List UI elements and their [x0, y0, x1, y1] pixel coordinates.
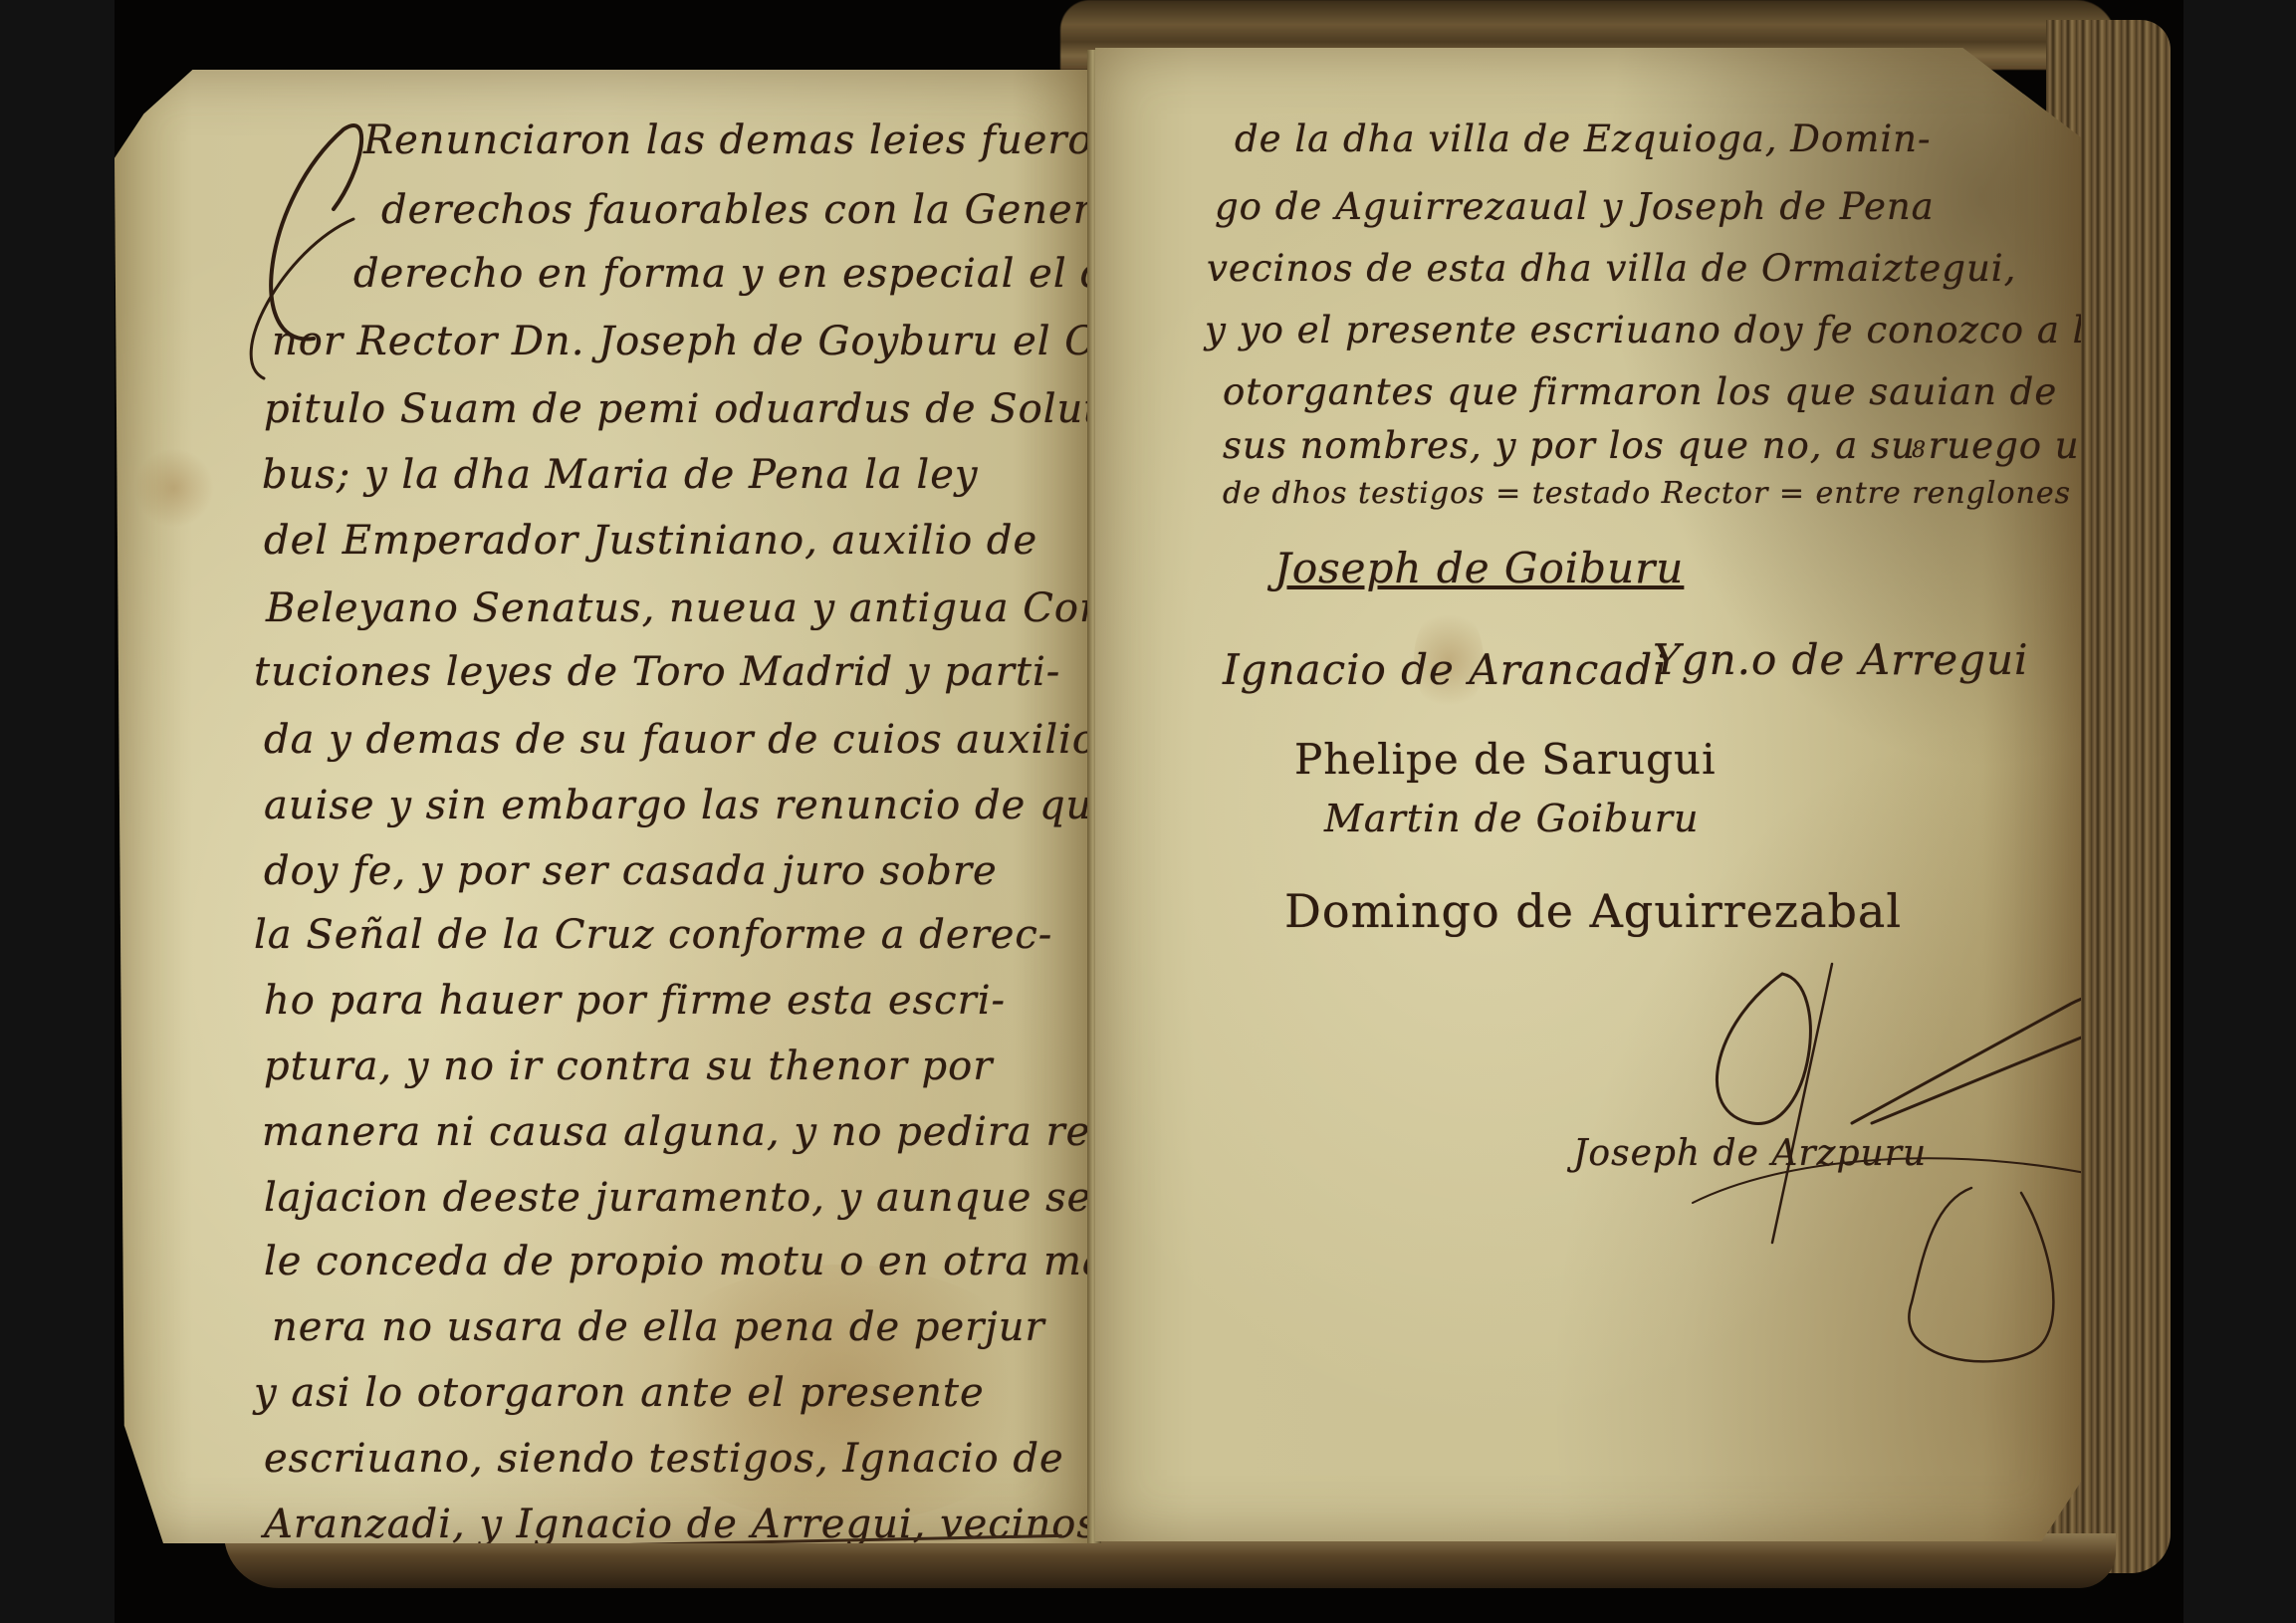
left-line-14: ho para hauer por firme esta escri- — [264, 978, 1006, 1024]
left-line-7: del Emperador Justiniano, auxilio de — [264, 518, 1037, 564]
left-line-15: ptura, y no ir contra su thenor por — [264, 1043, 993, 1089]
right-line-1: de la dha villa de Ezquioga, Domin- — [1235, 117, 1931, 160]
manuscript-scan: Renunciaron las demas leies fueros derec… — [115, 0, 2183, 1623]
signature-joseph-de-goiburu: Joseph de Goiburu — [1274, 544, 1684, 592]
left-line-6: bus; y la dha Maria de Pena la ley — [262, 452, 979, 498]
right-line-7-salvedad: de dhos testigos = testado Rector = entr… — [1223, 476, 2071, 511]
left-line-17: lajacion deeste juramento, y aunque se — [264, 1175, 1091, 1221]
left-line-8: Beleyano Senatus, nueua y antigua Consti… — [266, 585, 1173, 631]
right-line-6: sus nombres, y por los que no, a su rueg… — [1223, 424, 2128, 467]
right-line-5: otorgantes que firmaron los que sauian d… — [1223, 370, 2057, 413]
left-page: Renunciaron las demas leies fueros derec… — [115, 70, 1090, 1543]
marginal-note: 8 — [1912, 438, 1927, 463]
left-line-1: Renunciaron las demas leies fueros — [363, 117, 1114, 163]
left-line-13: la Señal de la Cruz conforme a derec- — [254, 912, 1052, 958]
right-line-3: vecinos de esta dha villa de Ormaiztegui… — [1207, 247, 2016, 290]
left-line-11: auise y sin embargo las renuncio de que — [264, 783, 1117, 828]
left-line-12: doy fe, y por ser casada juro sobre — [264, 848, 998, 894]
right-line-4: y yo el presente escriuano doy fe conozc… — [1205, 309, 2129, 351]
stain — [134, 448, 214, 528]
signature-domingo-de-aguirrezabal: Domingo de Aguirrezabal — [1284, 884, 1902, 938]
signature-ygnacio-de-arregui: Ygn.o de Arregui — [1653, 635, 2028, 684]
signature-martin-de-goiburu: Martin de Goiburu — [1324, 797, 1699, 840]
left-line-22: Aranzadi, y Ignacio de Arregui, vecinos — [264, 1502, 1098, 1547]
left-line-20: y asi lo otorgaron ante el presente — [254, 1370, 985, 1416]
right-line-2: go de Aguirrezaual y Joseph de Pena — [1215, 185, 1935, 228]
left-line-16: manera ni causa alguna, y no pedira re- — [262, 1109, 1105, 1155]
left-line-9: tuciones leyes de Toro Madrid y parti- — [254, 649, 1060, 695]
left-line-18: le conceda de propio motu o en otra ma- — [264, 1239, 1121, 1284]
left-line-2: derechos fauorables con la General del — [381, 187, 1210, 233]
left-line-5: pitulo Suam de pemi oduardus de Solution — [264, 386, 1166, 432]
left-line-19: nera no usara de ella pena de perjur — [272, 1304, 1045, 1350]
left-line-21: escriuano, siendo testigos, Ignacio de — [264, 1436, 1064, 1482]
signature-ignacio-de-arancadi: Ignacio de Arancadi — [1223, 645, 1668, 694]
initial-flourish — [224, 110, 423, 388]
left-line-10: da y demas de su fauor de cuios auxilios… — [264, 717, 1171, 763]
signature-phelipe-de-sarugui: Phelipe de Sarugui — [1294, 735, 1717, 784]
right-page: de la dha villa de Ezquioga, Domin- go d… — [1095, 48, 2081, 1541]
